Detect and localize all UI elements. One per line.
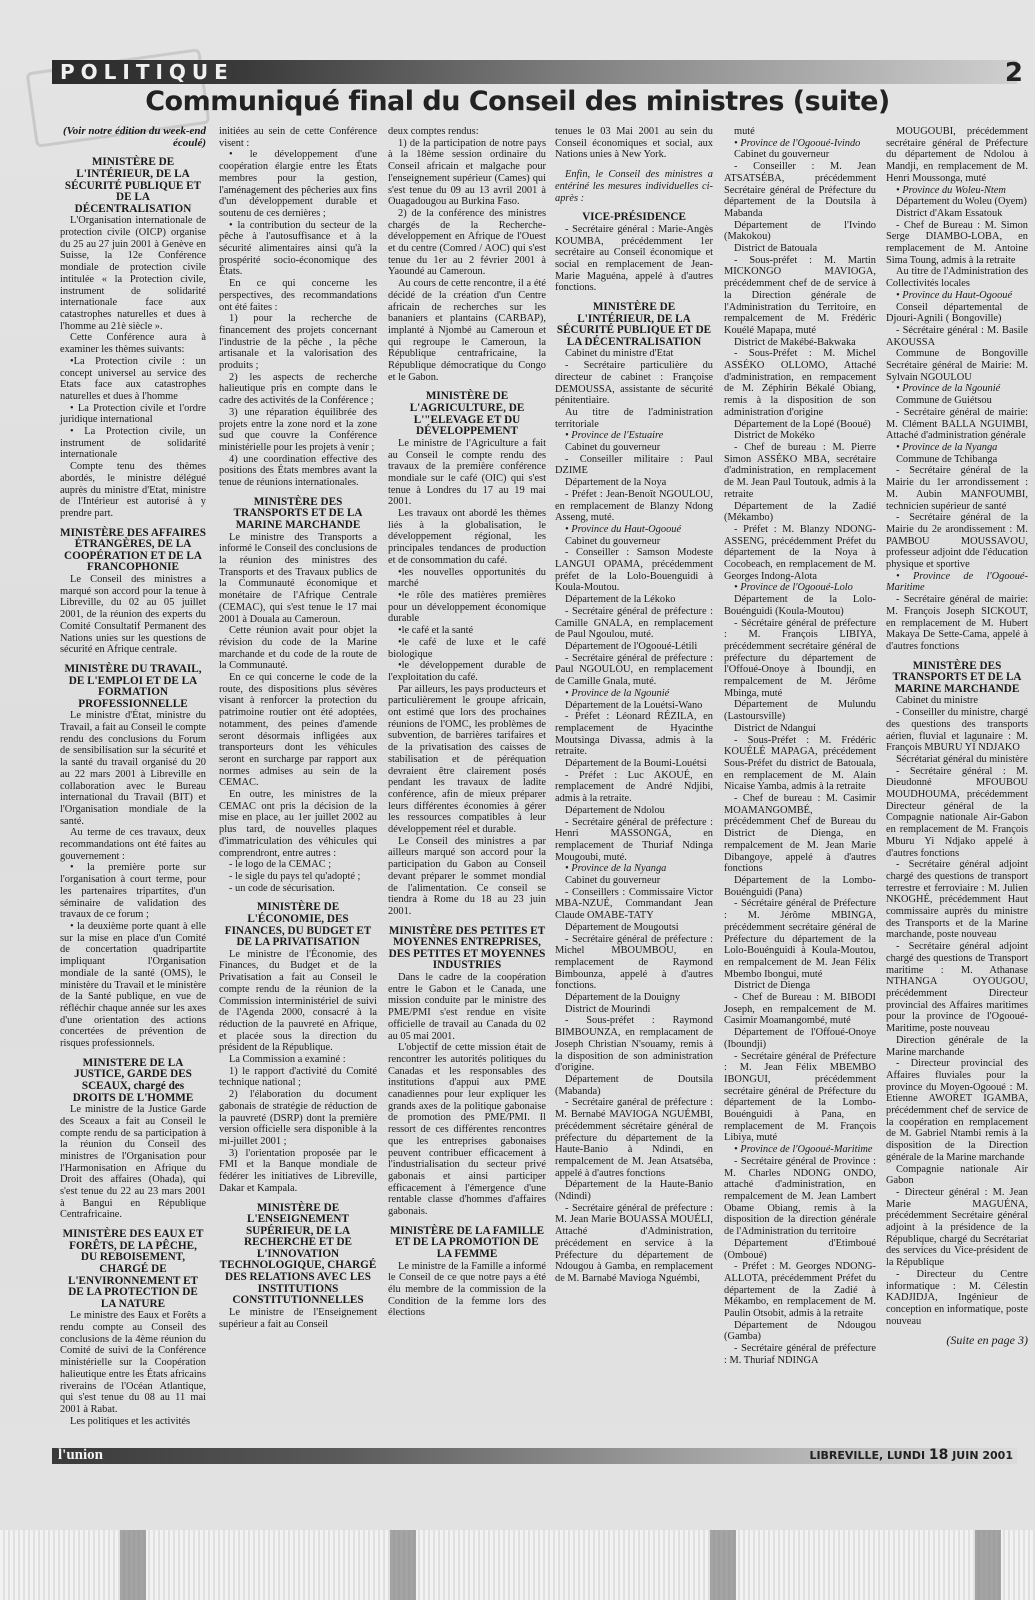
numbered-item: 3) l'orientation proposée par le FMI et … [219, 1148, 377, 1195]
paragraph: Au terme de ces travaux, deux recommanda… [60, 827, 206, 862]
appointment-line: - Conseiller : Samson Modeste LANGUI OPA… [555, 547, 713, 594]
publication-date: LIBREVILLE, LUNDI 18 JUIN 2001 [809, 1447, 1013, 1464]
scan-artifact [975, 1530, 1001, 1600]
appointment-line: Compagnie nationale Air Gabon [886, 1164, 1028, 1187]
page-number: 2 [1005, 58, 1023, 88]
article-headline: Communiqué final du Conseil des ministre… [0, 86, 1035, 117]
bullet-item: •le développement durable de l'exploitat… [388, 660, 546, 683]
paragraph: Cette Conférence aura à examiner les thè… [60, 332, 206, 355]
appointment-line: - Secrétaire particulière du directeur d… [555, 360, 713, 407]
paragraph: Le ministre des Eaux et Forêts a rendu c… [60, 1310, 206, 1415]
bullet-item: • le développement d'une coopération éla… [219, 149, 377, 219]
appointment-line: • Province de la Ngounié [886, 383, 1028, 395]
section-title: MINISTÈRE DES PETITES ET MOYENNES ENTREP… [388, 926, 546, 972]
appointment-line: • Province de la Nyanga [886, 442, 1028, 454]
column-1: (Voir notre édition du week-end écoulé) … [60, 126, 206, 1427]
appointment-line: - Sécrétaire général : M. Basile AKOUSSA [886, 325, 1028, 348]
appointment-line: - Secrétaire général de préfecture : M. … [724, 1343, 876, 1366]
appointments-list: MOUGOUBI, précédemment secrétaire généra… [886, 126, 1028, 653]
appointment-line: Département de la Lékoko [555, 594, 713, 606]
appointment-line: - Conseiller militaire : Paul DZIME [555, 454, 713, 477]
appointment-line: - Sous-préfet : M. Martin MICKONGO MAVIO… [724, 255, 876, 337]
paragraph: Le Conseil des ministres a marqué son ac… [60, 574, 206, 656]
appointment-line: - Préfet : Léonard RÉZILA, en remplaceme… [555, 711, 713, 758]
appointment-line: Commune de Tchibanga [886, 454, 1028, 466]
appointment-line: • Province de l'Estuaire [555, 430, 713, 442]
appointment-line: Département de l'Ogooué-Létili [555, 641, 713, 653]
appointment-line: Au titre de l'Administration des Collect… [886, 266, 1028, 289]
bullet-item: • La Protection civile et l'ordre juridi… [60, 403, 206, 426]
section-title: MINISTÈRE DES TRANSPORTS ET DE LA MARINE… [886, 661, 1028, 696]
column-4: tenues le 03 Mai 2001 au sein du Conseil… [555, 126, 713, 1285]
appointment-line: - Secrétaire général de mairie: M. Cléme… [886, 407, 1028, 442]
appointment-line: Département de la Louétsi-Wano [555, 700, 713, 712]
appointment-line: - Secrétaire général de mairie: M. Franç… [886, 594, 1028, 653]
paragraph: initiées au sein de cette Conférence vis… [219, 126, 377, 149]
appointment-line: Département de la Douigny [555, 992, 713, 1004]
appointment-line: • Province de la Nyanga [555, 863, 713, 875]
appointment-line: Direction générale de la Marine marchand… [886, 1035, 1028, 1058]
appointment-line: - Chef de bureau : M. Pierre Simon ASSÉK… [724, 442, 876, 501]
appointment-line: - Secrétaire général adjoint chargé des … [886, 941, 1028, 1035]
appointment-line: - Chef de Bureau : M. Simon Serge DIAMBO… [886, 220, 1028, 267]
appointment-line: - Sous-Préfet : M. Michel ASSÉKO OLLOMO,… [724, 348, 876, 418]
appointment-line: • Province du Haut-Ogooué [886, 290, 1028, 302]
appointment-line: • Province de l'Ogooué-Maritime [724, 1144, 876, 1156]
numbered-item: 2) l'élaboration du document gabonais de… [219, 1089, 377, 1148]
appointment-line: Département du Woleu (Oyem) [886, 196, 1028, 208]
paragraph: En ce qui concerne le code de la route, … [219, 672, 377, 789]
section-title: MINISTÈRE DES EAUX ET FORÊTS, DE LA PÊCH… [60, 1229, 206, 1310]
appointment-line: - Secrétaire général : M. Dieudonné MFOU… [886, 766, 1028, 860]
appointment-line: Département de la Haute-Banio (Ndindi) [555, 1179, 713, 1202]
appointment-line: - Secrétaire général de la Mairie du 1er… [886, 465, 1028, 512]
numbered-item: 1) de la participation de notre pays à l… [388, 138, 546, 208]
appointment-line: Département de l'Ivindo (Makokou) [724, 220, 876, 243]
numbered-item: 1) pour la recherche de financement des … [219, 313, 377, 372]
dash-item: - un code de sécurisation. [219, 883, 377, 895]
appointment-line: - Secrétaire général de préfecture : M. … [555, 1203, 713, 1285]
section-title: MINISTÈRE DE L'AGRICULTURE, DE L'"ELEVAG… [388, 391, 546, 437]
appointment-line: - Secrétaire général de préfecture : Pau… [555, 653, 713, 688]
appointments-list: Cabinet du ministre d'Etat- Secrétaire p… [555, 348, 713, 1284]
paragraph: Compte tenu des thèmes abordés, le minis… [60, 461, 206, 520]
appointment-line: • Province de l'Ogooué-Maritime [886, 571, 1028, 594]
paragraph: Les travaux ont abordé les thèmes liés à… [388, 508, 546, 567]
appointment-line: - Conseiller : M. Jean ATSATSÉBA, précéd… [724, 161, 876, 220]
appointment-line: - Secrétaire général de Préfecture : M. … [724, 1051, 876, 1145]
appointment-line: Département de la Zadié (Mékambo) [724, 501, 876, 524]
column-3: deux comptes rendus: 1) de la participat… [388, 126, 546, 1319]
appointment-line: Cabinet du gouverneur [555, 536, 713, 548]
appointment-line: District de Mourindi [555, 1004, 713, 1016]
paragraph: L'Organisation internationale de protect… [60, 215, 206, 332]
bullet-item: • La Protection civile, un instrument de… [60, 426, 206, 461]
newspaper-logo: l'union [58, 1447, 103, 1463]
appointment-line: Département de Mougoutsi [555, 922, 713, 934]
dash-item: - le sigle du pays tel qu'adopté ; [219, 871, 377, 883]
appointment-line: District de Dienga [724, 980, 876, 992]
paragraph: Le ministre des Transports a informé le … [219, 532, 377, 626]
bullet-item: • la deuxième porte quant à elle sur la … [60, 921, 206, 1050]
appointment-line: - Sous-préfet : Raymond BIMBOUNZA, en re… [555, 1015, 713, 1074]
paragraph: Le ministre de la Justice Garde des Scea… [60, 1104, 206, 1221]
scan-artifact [120, 1530, 146, 1600]
paragraph: Le Conseil des ministres a par ailleurs … [388, 836, 546, 918]
appointment-line: - Préfet : Jean-Benoît NGOULOU, en rempl… [555, 489, 713, 524]
appointment-line: • Province de l'Ogooué-Ivindo [724, 138, 876, 150]
date-day: 18 [929, 1447, 948, 1463]
appointment-line: Cabinet du gouverneur [555, 875, 713, 887]
appointment-line: - Chef de Bureau : M. BIBODI Joseph, en … [724, 992, 876, 1027]
bullet-item: • la première porte sur l'organisation à… [60, 862, 206, 921]
bullet-item: •le café de luxe et le café biologique [388, 637, 546, 660]
appointment-line: - Secrétaire général adjoint chargé des … [886, 859, 1028, 941]
section-rubric: POLITIQUE [60, 60, 234, 84]
bullet-item: • la contribution du secteur de la pêche… [219, 220, 377, 279]
date-city-day: LIBREVILLE, LUNDI [809, 1449, 925, 1462]
appointment-line: - Sous-Préfet : M. Frédéric KOUÉLÉ MAPAG… [724, 735, 876, 794]
section-title: MINISTÈRE DES AFFAIRES ÉTRANGÈRES, DE LA… [60, 528, 206, 574]
section-title: MINISTÈRE DE L'INTÉRIEUR, DE LA SÉCURITÉ… [555, 302, 713, 348]
paragraph: Le ministre de l'Enseignement supérieur … [219, 1307, 377, 1330]
paragraph-intro-measures: Enfin, le Conseil des ministres a entéri… [555, 169, 713, 204]
appointment-line: muté [724, 126, 876, 138]
appointment-line: Département de la Noya [555, 477, 713, 489]
continued-note: (Suite en page 3) [886, 1335, 1028, 1347]
appointment-line: - Directeur du Centre informatique : M. … [886, 1269, 1028, 1328]
section-title: MINISTÈRE DE L'ENSEIGNEMENT SUPÉRIEUR, D… [219, 1203, 377, 1307]
paragraph: Le ministre de l'Agriculture a fait au C… [388, 438, 546, 508]
appointment-line: • Province du Haut-Ogooué [555, 524, 713, 536]
paragraph: deux comptes rendus: [388, 126, 546, 138]
appointment-line: - Sécrétaire général de Préfecture : M. … [724, 898, 876, 980]
appointment-line: Département de Doutsila (Mabanda) [555, 1074, 713, 1097]
paragraph: Par ailleurs, les pays producteurs et pa… [388, 684, 546, 836]
appointment-line: Département de l'Offoué-Onoye (Iboundji) [724, 1027, 876, 1050]
appointment-line: Cabinet du gouverneur [724, 149, 876, 161]
appointment-line: - Préfet : Luc AKOUÉ, en remplacement de… [555, 770, 713, 805]
numbered-item: 4) une coordination effective des positi… [219, 454, 377, 489]
section-title: MINISTÈRE DE L'INTÉRIEUR, DE LA SÉCURITÉ… [60, 157, 206, 215]
bullet-item: •La Protection civile : un concept unive… [60, 356, 206, 403]
appointment-line: District de Mokéko [724, 430, 876, 442]
appointment-line: Département de la Lolo-Bouénguidi (Koula… [724, 594, 876, 617]
appointment-line: - Conseillers : Commissaire Victor MBA-N… [555, 887, 713, 922]
dash-item: - le logo de la CEMAC ; [219, 859, 377, 871]
appointment-line: Département de Ndolou [555, 805, 713, 817]
appointments-list: muté• Province de l'Ogooué-IvindoCabinet… [724, 126, 876, 1367]
paragraph: Cette réunion avait pour objet la révisi… [219, 625, 377, 672]
appointment-line: - Chef de bureau : M. Casimir MOAMANGOMB… [724, 793, 876, 875]
column-5: muté• Province de l'Ogooué-IvindoCabinet… [724, 126, 876, 1367]
appointment-line: Cabinet du ministre [886, 695, 1028, 707]
section-title: MINISTERE DE LA JUSTICE, GARDE DES SCEAU… [60, 1058, 206, 1104]
appointment-line: • Province du Woleu-Ntem [886, 185, 1028, 197]
appointments-list: Cabinet du ministre- Conseiller du minis… [886, 695, 1028, 1327]
appointment-line: • Province de la Ngounié [555, 688, 713, 700]
appointment-line: - Secrétaire général de préfecture : Mic… [555, 934, 713, 993]
numbered-item: 1) le rapport d'activité du Comité techn… [219, 1066, 377, 1089]
paragraph: Dans le cadre de la coopération entre le… [388, 972, 546, 1042]
section-title: MINISTÈRE DE LA FAMILLE ET DE LA PROMOTI… [388, 1226, 546, 1261]
appointment-line: - Secrétaire général de préfecture : Cam… [555, 606, 713, 641]
date-month-year: JUIN 2001 [952, 1449, 1013, 1462]
appointment-line: District de Ndangui [724, 723, 876, 735]
appointment-line: Département d'Etimboué (Omboué) [724, 1238, 876, 1261]
appointment-line: Cabinet du gouverneur [555, 442, 713, 454]
column-2: initiées au sein de cette Conférence vis… [219, 126, 377, 1330]
appointment-line: Commune de Bongoville Secrétaire général… [886, 348, 1028, 383]
paragraph: L'objectif de cette mission était de ren… [388, 1042, 546, 1218]
newspaper-page: POLITIQUE 2 Communiqué final du Conseil … [0, 0, 1035, 1540]
appointment-line: Département de la Lombo-Bouénguidi (Pana… [724, 875, 876, 898]
bullet-item: •les nouvelles opportunités du marché [388, 567, 546, 590]
bullet-item: •le café et la santé [388, 625, 546, 637]
edition-note: (Voir notre édition du week-end écoulé) [60, 126, 206, 149]
scan-artifact [390, 1530, 416, 1600]
section-title: VICE-PRÉSIDENCE [555, 212, 713, 224]
paragraph: Le ministre d'État, ministre du Travail,… [60, 710, 206, 827]
scan-artifact [710, 1530, 736, 1600]
appointment-line: - Secrétaire ganéral de préfecture : M. … [555, 1097, 713, 1179]
appointment-line: - Conseiller du ministre, chargé des que… [886, 707, 1028, 754]
numbered-item: 2) de la conférence des ministres chargé… [388, 208, 546, 278]
appointment-line: Département de Ndougou (Gamba) [724, 1320, 876, 1343]
appointment-line: - Préfet : M. Georges NDONG-ALLOTA, préc… [724, 1261, 876, 1320]
appointment-line: - Secrétaire général de la Mairie du 2e … [886, 512, 1028, 571]
appointment-line: Département de la Lopé (Booué) [724, 419, 876, 431]
paragraph: Les politiques et les activités [60, 1416, 206, 1428]
appointment-line: - Secrétaire général de Province : M. Ch… [724, 1156, 876, 1238]
paragraph: tenues le 03 Mai 2001 au sein du Conseil… [555, 126, 713, 161]
appointment-line: • Province de l'Ogooué-Lolo [724, 582, 876, 594]
appointment-line: Commune de Guiétsou [886, 395, 1028, 407]
appointment-line: Sécrétariat général du ministère [886, 754, 1028, 766]
appointment-line: - Préfet : M. Blanzy NDONG-ASSENG, précé… [724, 524, 876, 583]
paragraph: En outre, les ministres de la CEMAC ont … [219, 789, 377, 859]
appointment-line: Conseil départemental de Djouri-Agnili (… [886, 302, 1028, 325]
bullet-item: •le rôle des matières premières pour un … [388, 590, 546, 625]
appointment-line: - Directeur général : M. Jean Marie MAGU… [886, 1187, 1028, 1269]
appointment-line: - Secrétaire général de préfecture : Hen… [555, 817, 713, 864]
paragraph: En ce qui concerne les perspectives, des… [219, 278, 377, 313]
numbered-item: 3) une réparation équilibrée des projets… [219, 407, 377, 454]
appointment-line: Au titre de l'administration territorial… [555, 407, 713, 430]
appointment-line: District de Makébé-Bakwaka [724, 337, 876, 349]
appointment-line: District d'Akam Essatouk [886, 208, 1028, 220]
appointment-line: MOUGOUBI, précédemment secrétaire généra… [886, 126, 1028, 185]
appointment-line: - Directeur provincial des Affaires fluv… [886, 1058, 1028, 1163]
section-title: MINISTÈRE DES TRANSPORTS ET DE LA MARINE… [219, 497, 377, 532]
column-6: MOUGOUBI, précédemment secrétaire généra… [886, 126, 1028, 1347]
appointment-line: - Sécrétaire général de préfecture : M. … [724, 618, 876, 700]
section-title: MINISTÈRE DU TRAVAIL, DE L'EMPLOI ET DE … [60, 664, 206, 710]
paragraph: - Secrétaire général : Marie-Angès KOUMB… [555, 224, 713, 294]
appointment-line: District de Batouala [724, 243, 876, 255]
appointment-line: Département de Mulundu (Lastoursville) [724, 699, 876, 722]
appointment-line: Cabinet du ministre d'Etat [555, 348, 713, 360]
paragraph: La Commission a examiné : [219, 1054, 377, 1066]
appointment-line: Département de la Boumi-Louétsi [555, 758, 713, 770]
numbered-item: 2) les aspects de recherche halieutique … [219, 372, 377, 407]
paragraph: Le ministre de la Famille a informé le C… [388, 1261, 546, 1320]
paragraph: Au cours de cette rencontre, il a été dé… [388, 278, 546, 383]
section-title: MINISTÈRE DE L'ÉCONOMIE, DES FINANCES, D… [219, 902, 377, 948]
scan-margin [0, 1530, 1035, 1600]
paragraph: Le ministre de l'Économie, des Finances,… [219, 949, 377, 1054]
